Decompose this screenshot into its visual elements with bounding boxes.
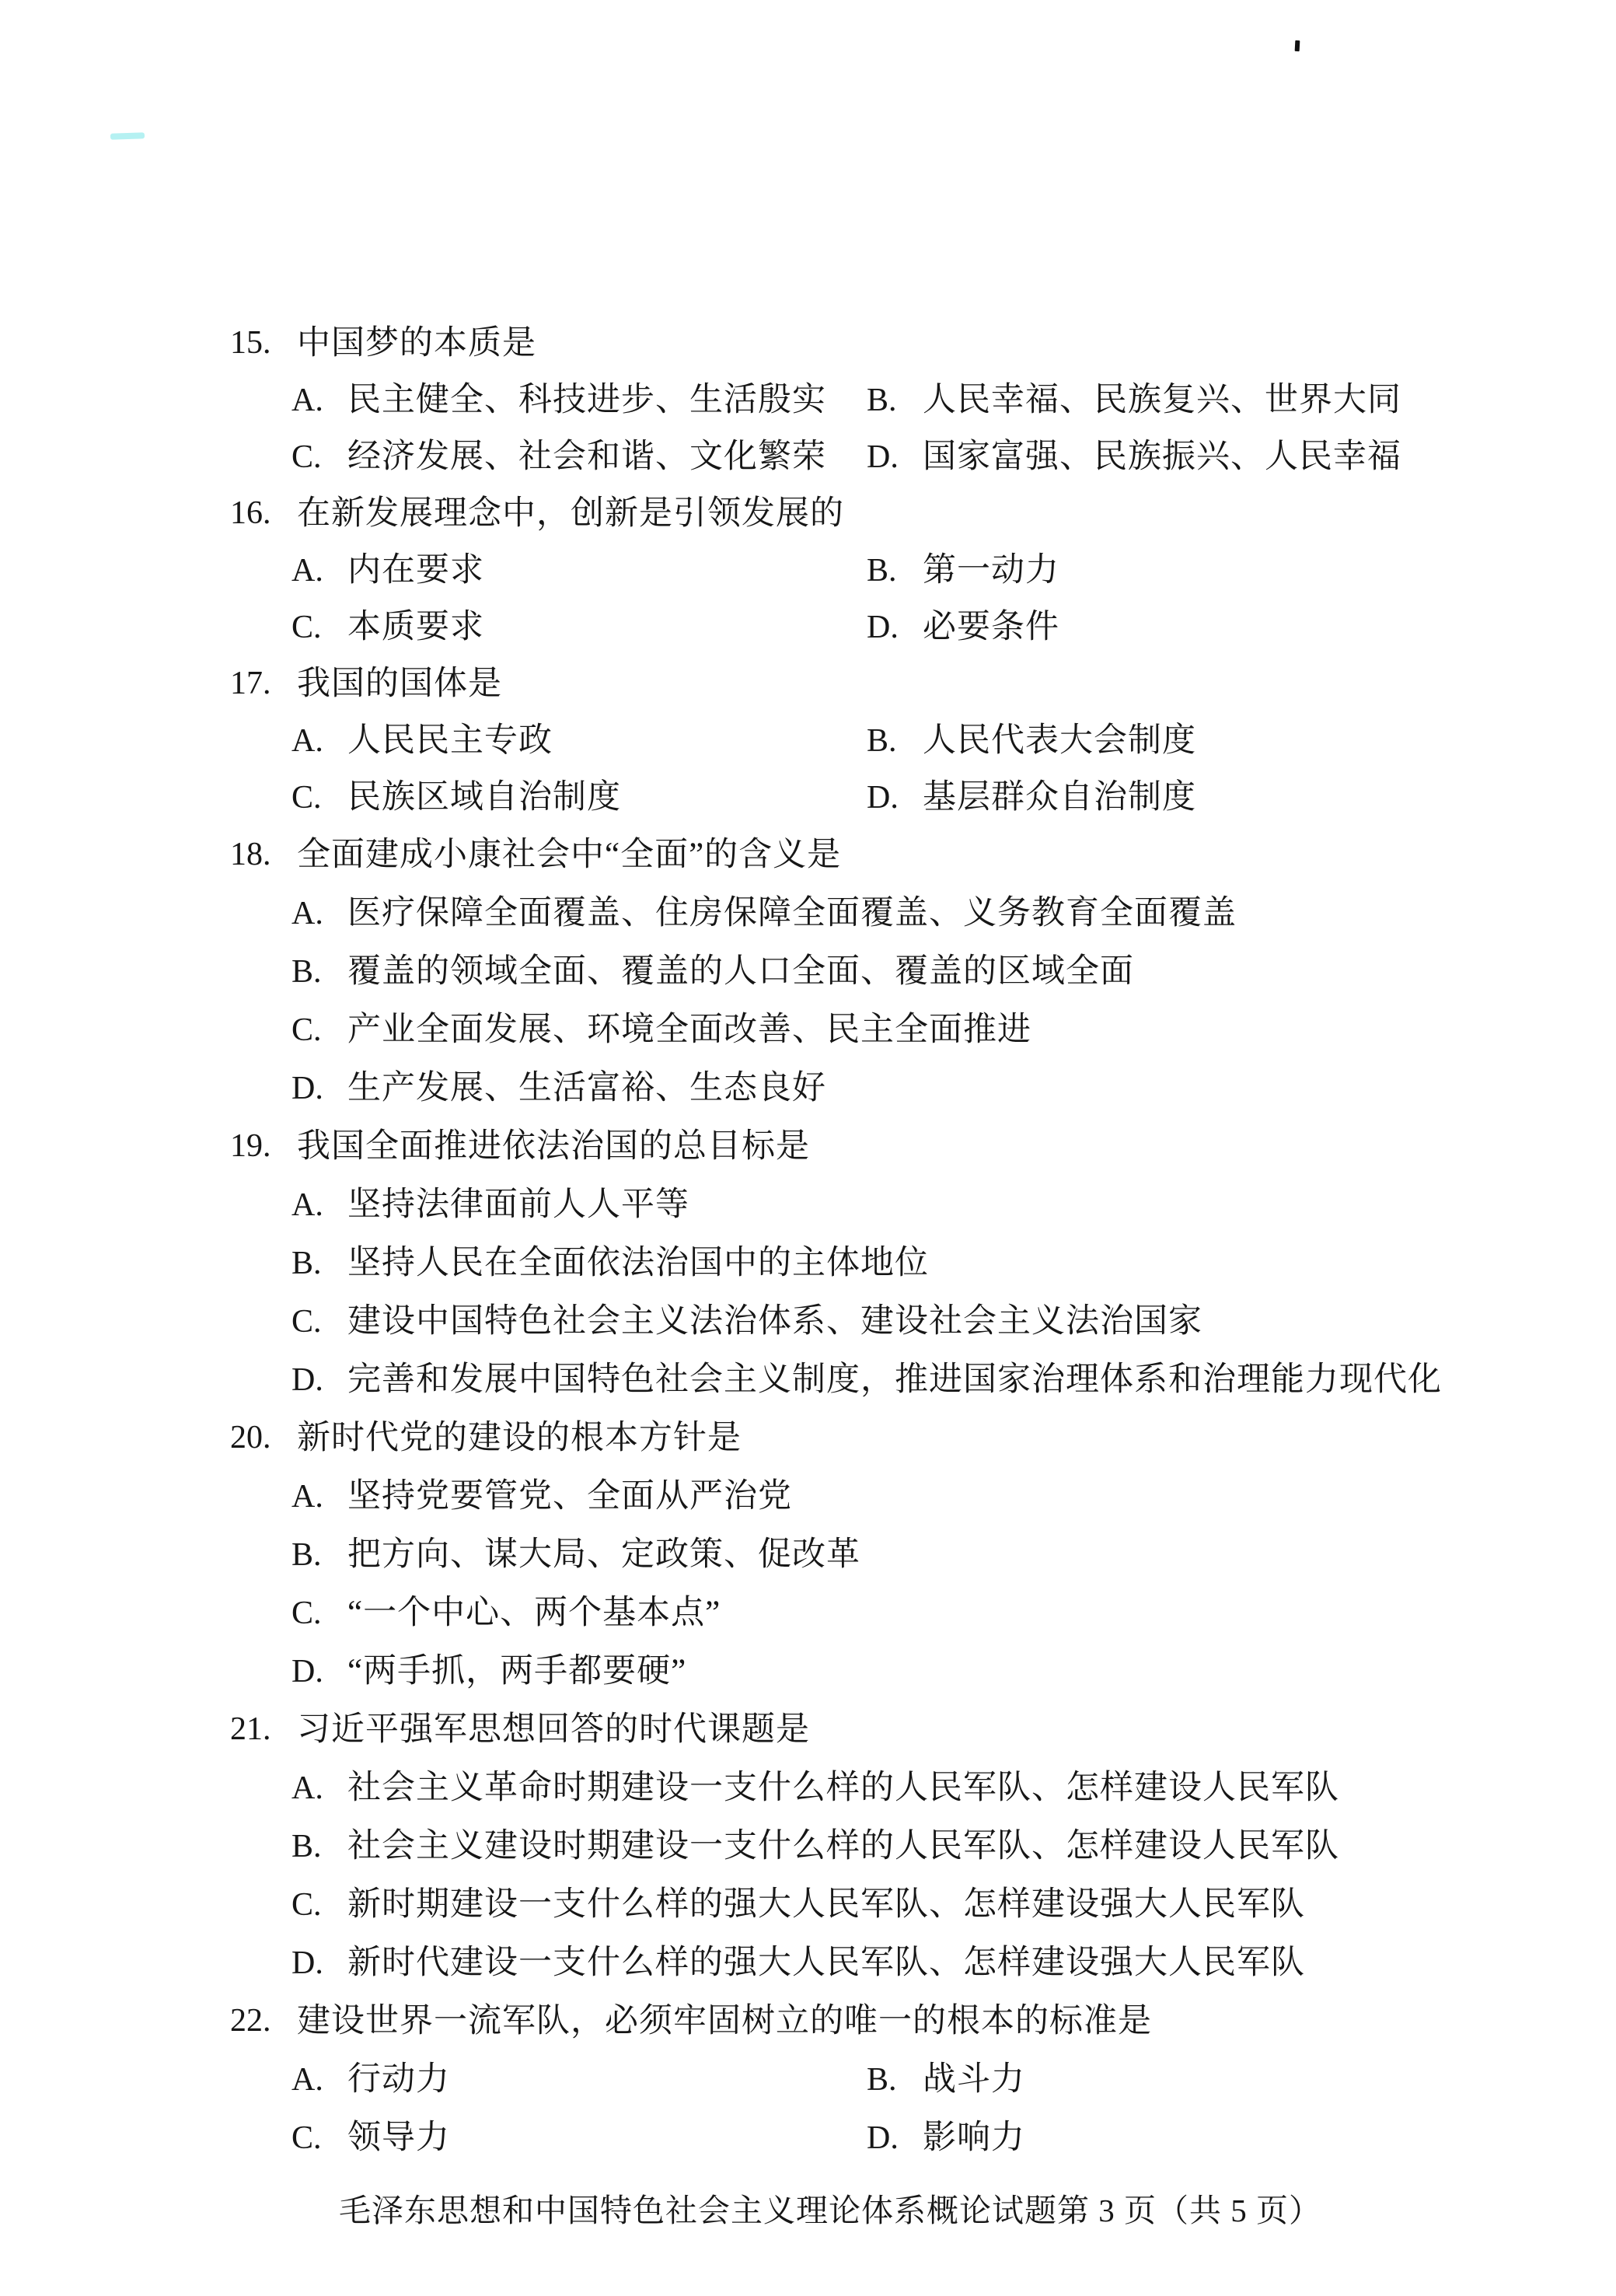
question-22-options-ab: A.行动力 B.战斗力 — [0, 2050, 1616, 2109]
question-19-option-a: A.坚持法律面前人人平等 — [0, 1176, 1616, 1234]
question-15-stem-row: 15. 中国梦的本质是 — [0, 315, 1616, 372]
option-a: A.坚持党要管党、全面从严治党 — [291, 1467, 792, 1526]
option-text: 把方向、谋大局、定政策、促改革 — [347, 1536, 860, 1573]
option-d: D.新时代建设一支什么样的强大人民军队、怎样建设强大人民军队 — [291, 1934, 1305, 1993]
question-20-option-a: A.坚持党要管党、全面从严治党 — [0, 1467, 1616, 1525]
question-stem: 建设世界一流军队，必须牢固树立的唯一的根本的标准是 — [297, 1992, 1152, 2050]
scan-speck-mark — [1295, 40, 1300, 51]
question-17-options-cd: C.民族区域自治制度 D.基层群众自治制度 — [0, 769, 1616, 826]
option-letter: D. — [291, 1643, 347, 1701]
option-a: A.内在要求 — [291, 542, 484, 599]
question-18-stem-row: 18. 全面建成小康社会中“全面”的含义是 — [0, 826, 1616, 884]
question-19-option-d: D.完善和发展中国特色社会主义制度，推进国家治理体系和治理能力现代化 — [0, 1351, 1616, 1409]
option-letter: C. — [291, 770, 347, 826]
question-22-options-cd: C.领导力 D.影响力 — [0, 2109, 1616, 2167]
questions-15-17: 15. 中国梦的本质是 A.民主健全、科技进步、生活殷实 B.人民幸福、民族复兴… — [0, 315, 1616, 826]
question-stem: 新时代党的建设的根本方针是 — [297, 1409, 742, 1467]
option-text: 必要条件 — [923, 609, 1059, 645]
option-a: A.坚持法律面前人人平等 — [291, 1176, 689, 1235]
option-text: 人民民主专政 — [347, 722, 553, 759]
question-19-option-c: C.建设中国特色社会主义法治体系、建设社会主义法治国家 — [0, 1292, 1616, 1351]
question-stem: 我国的国体是 — [297, 655, 502, 712]
option-a: A.民主健全、科技进步、生活殷实 — [291, 372, 826, 429]
option-text: 本质要求 — [347, 609, 484, 645]
option-d: D.完善和发展中国特色社会主义制度，推进国家治理体系和治理能力现代化 — [291, 1351, 1442, 1410]
option-text: 坚持党要管党、全面从严治党 — [347, 1478, 792, 1515]
question-number: 22. — [230, 1992, 271, 2050]
question-number: 19. — [230, 1117, 271, 1176]
option-text: 生产发展、生活富裕、生态良好 — [347, 1070, 826, 1106]
question-21-stem-row: 21. 习近平强军思想回答的时代课题是 — [0, 1700, 1616, 1759]
option-a: A.行动力 — [291, 2050, 450, 2109]
option-text: 坚持法律面前人人平等 — [347, 1186, 689, 1223]
option-letter: B. — [867, 2051, 923, 2109]
option-letter: C. — [291, 1876, 347, 1934]
option-text: 完善和发展中国特色社会主义制度，推进国家治理体系和治理能力现代化 — [347, 1361, 1442, 1398]
option-c: C.新时期建设一支什么样的强大人民军队、怎样建设强大人民军队 — [291, 1875, 1305, 1934]
option-text: 民族区域自治制度 — [347, 779, 621, 816]
option-text: 社会主义革命时期建设一支什么样的人民军队、怎样建设人民军队 — [347, 1770, 1339, 1806]
question-number: 20. — [230, 1409, 271, 1467]
option-text: 覆盖的领域全面、覆盖的人口全面、覆盖的区域全面 — [347, 953, 1134, 990]
question-number: 18. — [230, 826, 271, 884]
option-letter: B. — [291, 943, 347, 1001]
question-15-options-ab: A.民主健全、科技进步、生活殷实 B.人民幸福、民族复兴、世界大同 — [0, 372, 1616, 428]
question-number: 15. — [230, 315, 271, 372]
question-18-option-b: B.覆盖的领域全面、覆盖的人口全面、覆盖的区域全面 — [0, 942, 1616, 1001]
option-a: A.医疗保障全面覆盖、住房保障全面覆盖、义务教育全面覆盖 — [291, 884, 1237, 943]
question-15-options-cd: C.经济发展、社会和谐、文化繁荣 D.国家富强、民族振兴、人民幸福 — [0, 428, 1616, 485]
option-letter: D. — [867, 599, 923, 656]
option-text: 内在要求 — [347, 552, 484, 589]
question-number: 16. — [230, 485, 271, 542]
question-20-stem-row: 20. 新时代党的建设的根本方针是 — [0, 1409, 1616, 1467]
option-letter: A. — [291, 2051, 347, 2109]
option-text: 人民代表大会制度 — [923, 722, 1196, 759]
option-a: A.人民民主专政 — [291, 712, 553, 770]
option-text: 社会主义建设时期建设一支什么样的人民军队、怎样建设人民军队 — [347, 1828, 1339, 1864]
option-letter: D. — [867, 2109, 923, 2168]
question-18-option-c: C.产业全面发展、环境全面改善、民主全面推进 — [0, 1001, 1616, 1059]
option-letter: C. — [291, 1585, 347, 1643]
question-19-option-b: B.坚持人民在全面依法治国中的主体地位 — [0, 1234, 1616, 1292]
option-text: “两手抓，两手都要硬” — [347, 1653, 686, 1690]
option-letter: A. — [291, 543, 347, 599]
question-stem: 在新发展理念中，创新是引领发展的 — [297, 485, 844, 542]
option-letter: D. — [867, 429, 923, 486]
option-text: 国家富强、民族振兴、人民幸福 — [923, 439, 1401, 475]
option-letter: D. — [291, 1934, 347, 1993]
question-19-stem-row: 19. 我国全面推进依法治国的总目标是 — [0, 1117, 1616, 1176]
option-letter: D. — [291, 1351, 347, 1410]
option-d: D.影响力 — [867, 2109, 1025, 2168]
option-text: 基层群众自治制度 — [923, 779, 1196, 816]
option-letter: B. — [291, 1235, 347, 1293]
option-text: 人民幸福、民族复兴、世界大同 — [923, 382, 1401, 418]
option-letter: A. — [291, 1176, 347, 1235]
option-d: D.必要条件 — [867, 599, 1059, 656]
scan-cyan-smudge — [110, 132, 145, 140]
question-stem: 习近平强军思想回答的时代课题是 — [297, 1700, 810, 1759]
option-letter: B. — [867, 543, 923, 599]
option-b: B.人民幸福、民族复兴、世界大同 — [867, 372, 1401, 429]
option-letter: D. — [867, 770, 923, 826]
option-b: B.社会主义建设时期建设一支什么样的人民军队、怎样建设人民军队 — [291, 1817, 1339, 1876]
question-16-options-ab: A.内在要求 B.第一动力 — [0, 542, 1616, 599]
question-list: 15. 中国梦的本质是 A.民主健全、科技进步、生活殷实 B.人民幸福、民族复兴… — [0, 315, 1616, 2167]
option-b: B.坚持人民在全面依法治国中的主体地位 — [291, 1234, 929, 1293]
option-letter: B. — [291, 1526, 347, 1585]
option-text: 新时期建设一支什么样的强大人民军队、怎样建设强大人民军队 — [347, 1886, 1305, 1923]
option-d: D.“两手抓，两手都要硬” — [291, 1642, 686, 1701]
question-stem: 全面建成小康社会中“全面”的含义是 — [297, 826, 841, 884]
option-b: B.覆盖的领域全面、覆盖的人口全面、覆盖的区域全面 — [291, 942, 1134, 1001]
question-17-stem-row: 17. 我国的国体是 — [0, 655, 1616, 712]
question-21-option-b: B.社会主义建设时期建设一支什么样的人民军队、怎样建设人民军队 — [0, 1817, 1616, 1875]
option-letter: A. — [291, 1468, 347, 1526]
question-18-option-a: A.医疗保障全面覆盖、住房保障全面覆盖、义务教育全面覆盖 — [0, 884, 1616, 942]
option-letter: B. — [291, 1818, 347, 1876]
option-letter: B. — [867, 713, 923, 770]
question-number: 21. — [230, 1700, 271, 1759]
option-letter: A. — [291, 885, 347, 943]
option-text: 医疗保障全面覆盖、住房保障全面覆盖、义务教育全面覆盖 — [347, 895, 1237, 931]
option-d: D.基层群众自治制度 — [867, 769, 1196, 826]
option-c: C.本质要求 — [291, 599, 484, 656]
option-c: C.民族区域自治制度 — [291, 769, 621, 826]
question-22-stem-row: 22. 建设世界一流军队，必须牢固树立的唯一的根本的标准是 — [0, 1992, 1616, 2050]
option-text: 经济发展、社会和谐、文化繁荣 — [347, 439, 826, 475]
option-text: “一个中心、两个基本点” — [347, 1595, 721, 1631]
option-b: B.把方向、谋大局、定政策、促改革 — [291, 1525, 860, 1585]
option-text: 民主健全、科技进步、生活殷实 — [347, 382, 826, 418]
option-text: 坚持人民在全面依法治国中的主体地位 — [347, 1245, 929, 1281]
option-c: C.建设中国特色社会主义法治体系、建设社会主义法治国家 — [291, 1292, 1202, 1351]
option-text: 新时代建设一支什么样的强大人民军队、怎样建设强大人民军队 — [347, 1945, 1305, 1981]
questions-18-22: 18. 全面建成小康社会中“全面”的含义是 A.医疗保障全面覆盖、住房保障全面覆… — [0, 826, 1616, 2167]
option-text: 战斗力 — [923, 2061, 1025, 2098]
question-20-option-d: D.“两手抓，两手都要硬” — [0, 1642, 1616, 1700]
option-letter: C. — [291, 1001, 347, 1060]
option-text: 影响力 — [923, 2120, 1025, 2156]
option-letter: D. — [291, 1060, 347, 1118]
option-text: 建设中国特色社会主义法治体系、建设社会主义法治国家 — [347, 1303, 1202, 1340]
question-18-option-d: D.生产发展、生活富裕、生态良好 — [0, 1059, 1616, 1117]
option-b: B.战斗力 — [867, 2050, 1025, 2109]
question-21-option-a: A.社会主义革命时期建设一支什么样的人民军队、怎样建设人民军队 — [0, 1759, 1616, 1817]
question-stem: 我国全面推进依法治国的总目标是 — [297, 1117, 810, 1176]
option-letter: C. — [291, 599, 347, 656]
option-c: C.经济发展、社会和谐、文化繁荣 — [291, 428, 826, 486]
question-stem: 中国梦的本质是 — [297, 315, 536, 372]
option-c: C.“一个中心、两个基本点” — [291, 1584, 721, 1643]
question-16-options-cd: C.本质要求 D.必要条件 — [0, 599, 1616, 655]
option-c: C.领导力 — [291, 2109, 450, 2168]
option-letter: C. — [291, 1293, 347, 1351]
option-text: 第一动力 — [923, 552, 1059, 589]
question-20-option-c: C.“一个中心、两个基本点” — [0, 1584, 1616, 1642]
option-d: D.国家富强、民族振兴、人民幸福 — [867, 428, 1401, 486]
option-letter: C. — [291, 2109, 347, 2168]
option-letter: A. — [291, 372, 347, 429]
option-b: B.第一动力 — [867, 542, 1059, 599]
option-d: D.生产发展、生活富裕、生态良好 — [291, 1059, 826, 1118]
scanned-exam-page: 15. 中国梦的本质是 A.民主健全、科技进步、生活殷实 B.人民幸福、民族复兴… — [0, 0, 1616, 2296]
option-b: B.人民代表大会制度 — [867, 712, 1196, 770]
question-number: 17. — [230, 655, 271, 712]
question-17-options-ab: A.人民民主专政 B.人民代表大会制度 — [0, 712, 1616, 769]
option-a: A.社会主义革命时期建设一支什么样的人民军队、怎样建设人民军队 — [291, 1759, 1339, 1818]
option-letter: C. — [291, 429, 347, 486]
option-letter: B. — [867, 372, 923, 429]
question-21-option-d: D.新时代建设一支什么样的强大人民军队、怎样建设强大人民军队 — [0, 1934, 1616, 1992]
option-text: 行动力 — [347, 2061, 450, 2098]
option-text: 产业全面发展、环境全面改善、民主全面推进 — [347, 1012, 1031, 1048]
question-16-stem-row: 16. 在新发展理念中，创新是引领发展的 — [0, 485, 1616, 542]
option-letter: A. — [291, 1760, 347, 1818]
option-letter: A. — [291, 713, 347, 770]
page-footer: 毛泽东思想和中国特色社会主义理论体系概论试题第 3 页（共 5 页） — [339, 2185, 1321, 2231]
option-text: 领导力 — [347, 2120, 450, 2156]
question-20-option-b: B.把方向、谋大局、定政策、促改革 — [0, 1525, 1616, 1584]
question-21-option-c: C.新时期建设一支什么样的强大人民军队、怎样建设强大人民军队 — [0, 1875, 1616, 1934]
option-c: C.产业全面发展、环境全面改善、民主全面推进 — [291, 1001, 1031, 1060]
